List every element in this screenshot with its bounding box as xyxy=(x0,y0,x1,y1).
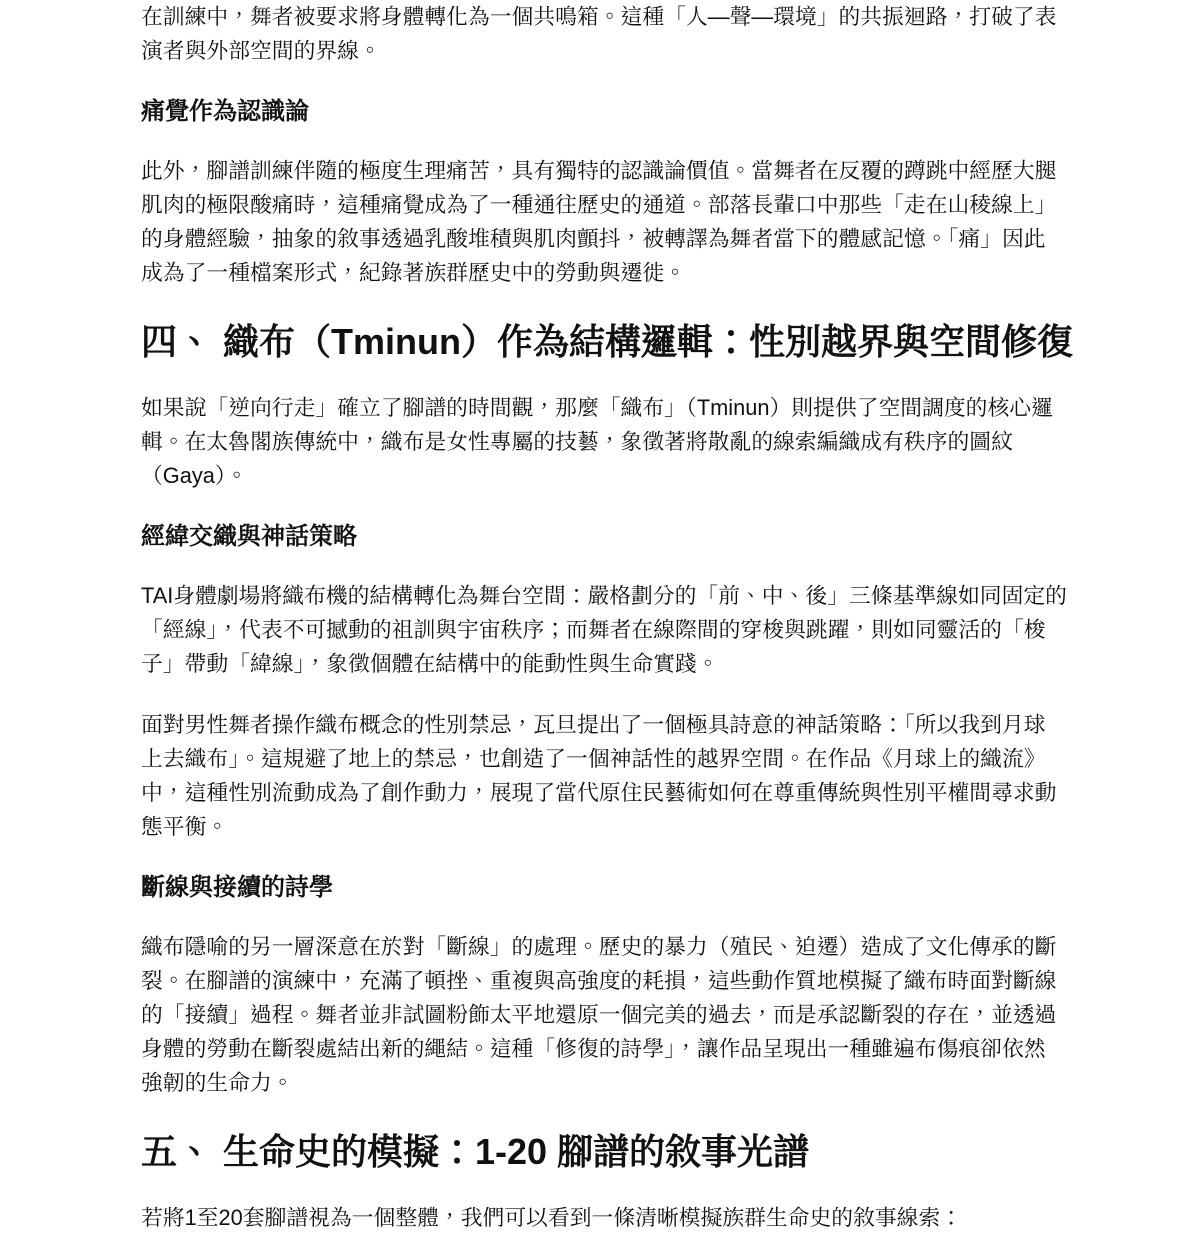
heading-section-5-life-history: 五、 生命史的模擬：1-20 腳譜的敘事光譜 xyxy=(141,1130,1073,1174)
article-body: 在訓練中，舞者被要求將身體轉化為一個共鳴箱。這種「人—聲—環境」的共振迴路，打破… xyxy=(141,0,1073,1233)
heading-section-4-tminun: 四、 織布（Tminun）作為結構邏輯：性別越界與空間修復 xyxy=(141,320,1073,364)
paragraph-narrative-spectrum-intro: 若將1至20套腳譜視為一個整體，我們可以看到一條清晰模擬族群生命史的敘事線索： xyxy=(141,1201,1073,1233)
heading-pain-epistemology: 痛覺作為認識論 xyxy=(141,97,1073,127)
paragraph-pain-as-archive: 此外，腳譜訓練伴隨的極度生理痛苦，具有獨特的認識論價值。當舞者在反覆的蹲跳中經歷… xyxy=(141,154,1073,290)
paragraph-moon-weaving: 面對男性舞者操作織布概念的性別禁忌，瓦旦提出了一個極具詩意的神話策略：「所以我到… xyxy=(141,708,1073,844)
paragraph-resonance-circuit: 在訓練中，舞者被要求將身體轉化為一個共鳴箱。這種「人—聲—環境」的共振迴路，打破… xyxy=(141,0,1073,68)
paragraph-stage-loom-structure: TAI身體劇場將織布機的結構轉化為舞台空間：嚴格劃分的「前、中、後」三條基準線如… xyxy=(141,579,1073,681)
paragraph-tminun-intro: 如果說「逆向行走」確立了腳譜的時間觀，那麼「織布」（Tminun）則提供了空間調… xyxy=(141,391,1073,493)
paragraph-repair-poetics: 織布隱喻的另一層深意在於對「斷線」的處理。歷史的暴力（殖民、迫遷）造成了文化傳承… xyxy=(141,930,1073,1100)
heading-broken-thread-poetics: 斷線與接續的詩學 xyxy=(141,873,1073,903)
heading-warp-weft-myth-strategy: 經緯交織與神話策略 xyxy=(141,522,1073,552)
